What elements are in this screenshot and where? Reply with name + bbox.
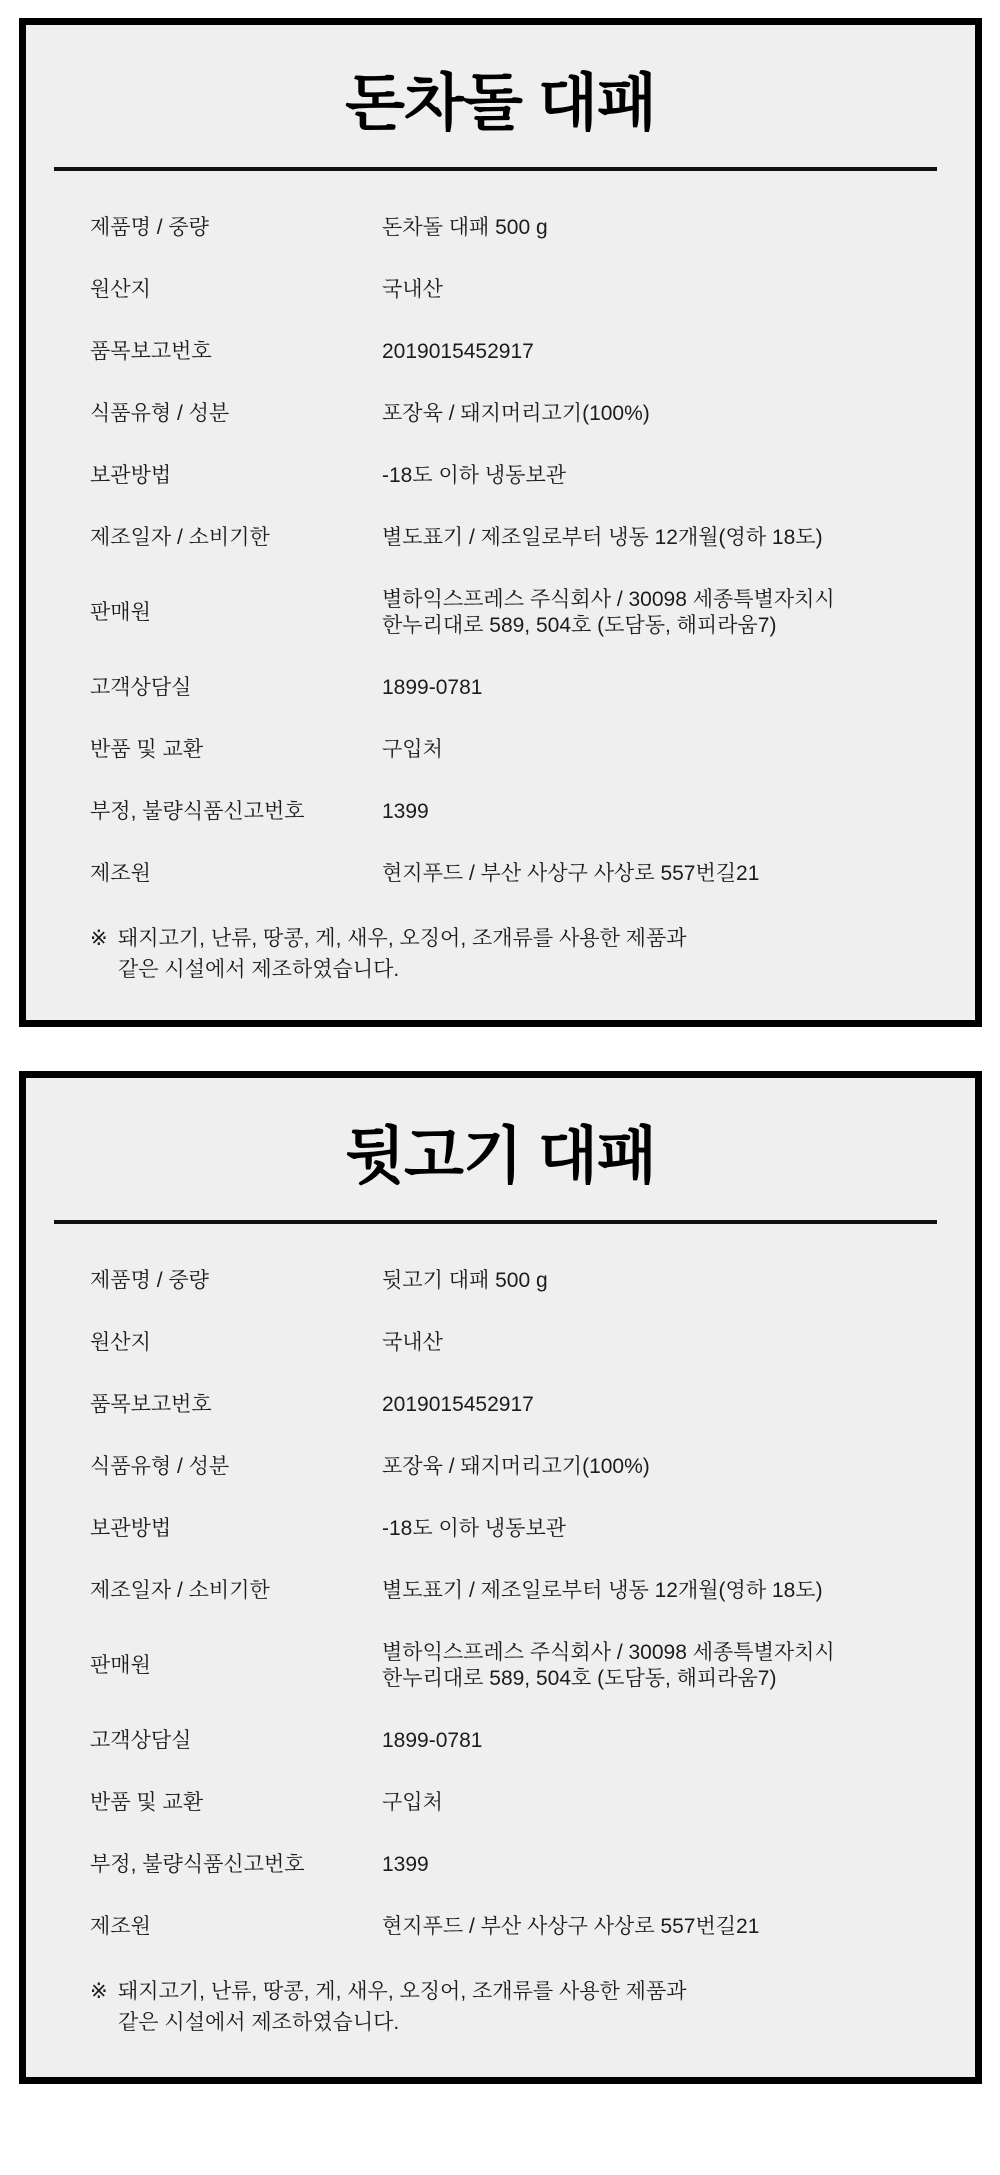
spec-label: 원산지 [90,1330,382,1356]
spec-row-returns: 반품 및 교환 구입처 [90,1790,945,1816]
spec-value: 구입처 [382,737,945,763]
reference-mark-icon: ※ [90,923,118,985]
allergen-note-text: 돼지고기, 난류, 땅콩, 게, 새우, 오징어, 조개류를 사용한 제품과 같… [118,923,687,985]
spec-value: 1899-0781 [382,675,945,701]
spec-value: 1399 [382,1852,945,1878]
spec-row-origin: 원산지 국내산 [90,277,945,303]
spec-label: 반품 및 교환 [90,737,382,763]
spec-value: 포장육 / 돼지머리고기(100%) [382,1454,945,1480]
spec-row-origin: 원산지 국내산 [90,1330,945,1356]
spec-label: 제품명 / 중량 [90,215,382,241]
spec-value: 구입처 [382,1790,945,1816]
spec-value: -18도 이하 냉동보관 [382,463,945,489]
spec-value: 국내산 [382,277,945,303]
spec-label: 보관방법 [90,1516,382,1542]
allergen-note-text: 돼지고기, 난류, 땅콩, 게, 새우, 오징어, 조개류를 사용한 제품과 같… [118,1976,687,2038]
spec-label: 고객상담실 [90,675,382,701]
spec-label: 판매원 [90,1653,382,1679]
spec-row-storage: 보관방법 -18도 이하 냉동보관 [90,463,945,489]
spec-row-dates: 제조일자 / 소비기한 별도표기 / 제조일로부터 냉동 12개월(영하 18도… [90,525,945,551]
spec-value: 1899-0781 [382,1728,945,1754]
allergen-note: ※ 돼지고기, 난류, 땅콩, 게, 새우, 오징어, 조개류를 사용한 제품과… [90,1976,935,2038]
spec-label: 품목보고번호 [90,339,382,365]
spec-label: 제조일자 / 소비기한 [90,525,382,551]
spec-value: 2019015452917 [382,1392,945,1418]
spec-row-customer-service: 고객상담실 1899-0781 [90,1728,945,1754]
product-title: 뒷고기 대패 [46,1124,955,1190]
spec-value: 현지푸드 / 부산 사상구 사상로 557번길21 [382,1914,945,1940]
title-divider [54,167,937,171]
product-info-card-2: 뒷고기 대패 제품명 / 중량 뒷고기 대패 500 g 원산지 국내산 품목보… [19,1071,982,2084]
spec-row-report-number: 품목보고번호 2019015452917 [90,339,945,365]
spec-row-dates: 제조일자 / 소비기한 별도표기 / 제조일로부터 냉동 12개월(영하 18도… [90,1578,945,1604]
spec-label: 식품유형 / 성분 [90,1454,382,1480]
spec-row-product-name: 제품명 / 중량 돈차돌 대패 500 g [90,215,945,241]
spec-label: 부정, 불량식품신고번호 [90,1852,382,1878]
spec-label: 식품유형 / 성분 [90,401,382,427]
spec-label: 제품명 / 중량 [90,1268,382,1294]
spec-row-report-hotline: 부정, 불량식품신고번호 1399 [90,1852,945,1878]
spec-row-storage: 보관방법 -18도 이하 냉동보관 [90,1516,945,1542]
spec-value: 2019015452917 [382,339,945,365]
spec-label: 판매원 [90,600,382,626]
spec-label: 반품 및 교환 [90,1790,382,1816]
spec-value: 별도표기 / 제조일로부터 냉동 12개월(영하 18도) [382,525,945,551]
spec-value: 포장육 / 돼지머리고기(100%) [382,401,945,427]
spec-row-report-number: 품목보고번호 2019015452917 [90,1392,945,1418]
spec-value: 돈차돌 대패 500 g [382,215,945,241]
spec-row-seller: 판매원 별하익스프레스 주식회사 / 30098 세종특별자치시 한누리대로 5… [90,587,945,639]
spec-label: 원산지 [90,277,382,303]
spec-row-seller: 판매원 별하익스프레스 주식회사 / 30098 세종특별자치시 한누리대로 5… [90,1640,945,1692]
title-divider [54,1220,937,1224]
spec-label: 품목보고번호 [90,1392,382,1418]
product-info-card-1: 돈차돌 대패 제품명 / 중량 돈차돌 대패 500 g 원산지 국내산 품목보… [19,18,982,1027]
spec-label: 제조원 [90,861,382,887]
spec-value: 별도표기 / 제조일로부터 냉동 12개월(영하 18도) [382,1578,945,1604]
allergen-note: ※ 돼지고기, 난류, 땅콩, 게, 새우, 오징어, 조개류를 사용한 제품과… [90,923,935,985]
spec-value: 별하익스프레스 주식회사 / 30098 세종특별자치시 한누리대로 589, … [382,587,945,639]
spec-value: -18도 이하 냉동보관 [382,1516,945,1542]
product-title: 돈차돌 대패 [46,71,955,137]
spec-value: 뒷고기 대패 500 g [382,1268,945,1294]
spec-row-report-hotline: 부정, 불량식품신고번호 1399 [90,799,945,825]
spec-label: 보관방법 [90,463,382,489]
spec-value: 국내산 [382,1330,945,1356]
spec-row-customer-service: 고객상담실 1899-0781 [90,675,945,701]
spec-table: 제품명 / 중량 뒷고기 대패 500 g 원산지 국내산 품목보고번호 201… [90,1268,945,1940]
spec-row-manufacturer: 제조원 현지푸드 / 부산 사상구 사상로 557번길21 [90,1914,945,1940]
spec-table: 제품명 / 중량 돈차돌 대패 500 g 원산지 국내산 품목보고번호 201… [90,215,945,887]
spec-row-food-type: 식품유형 / 성분 포장육 / 돼지머리고기(100%) [90,401,945,427]
spec-value: 별하익스프레스 주식회사 / 30098 세종특별자치시 한누리대로 589, … [382,1640,945,1692]
spec-value: 현지푸드 / 부산 사상구 사상로 557번길21 [382,861,945,887]
spec-row-returns: 반품 및 교환 구입처 [90,737,945,763]
spec-label: 제조원 [90,1914,382,1940]
spec-row-manufacturer: 제조원 현지푸드 / 부산 사상구 사상로 557번길21 [90,861,945,887]
spec-value: 1399 [382,799,945,825]
spec-row-product-name: 제품명 / 중량 뒷고기 대패 500 g [90,1268,945,1294]
reference-mark-icon: ※ [90,1976,118,2038]
spec-row-food-type: 식품유형 / 성분 포장육 / 돼지머리고기(100%) [90,1454,945,1480]
spec-label: 부정, 불량식품신고번호 [90,799,382,825]
spec-label: 제조일자 / 소비기한 [90,1578,382,1604]
spec-label: 고객상담실 [90,1728,382,1754]
